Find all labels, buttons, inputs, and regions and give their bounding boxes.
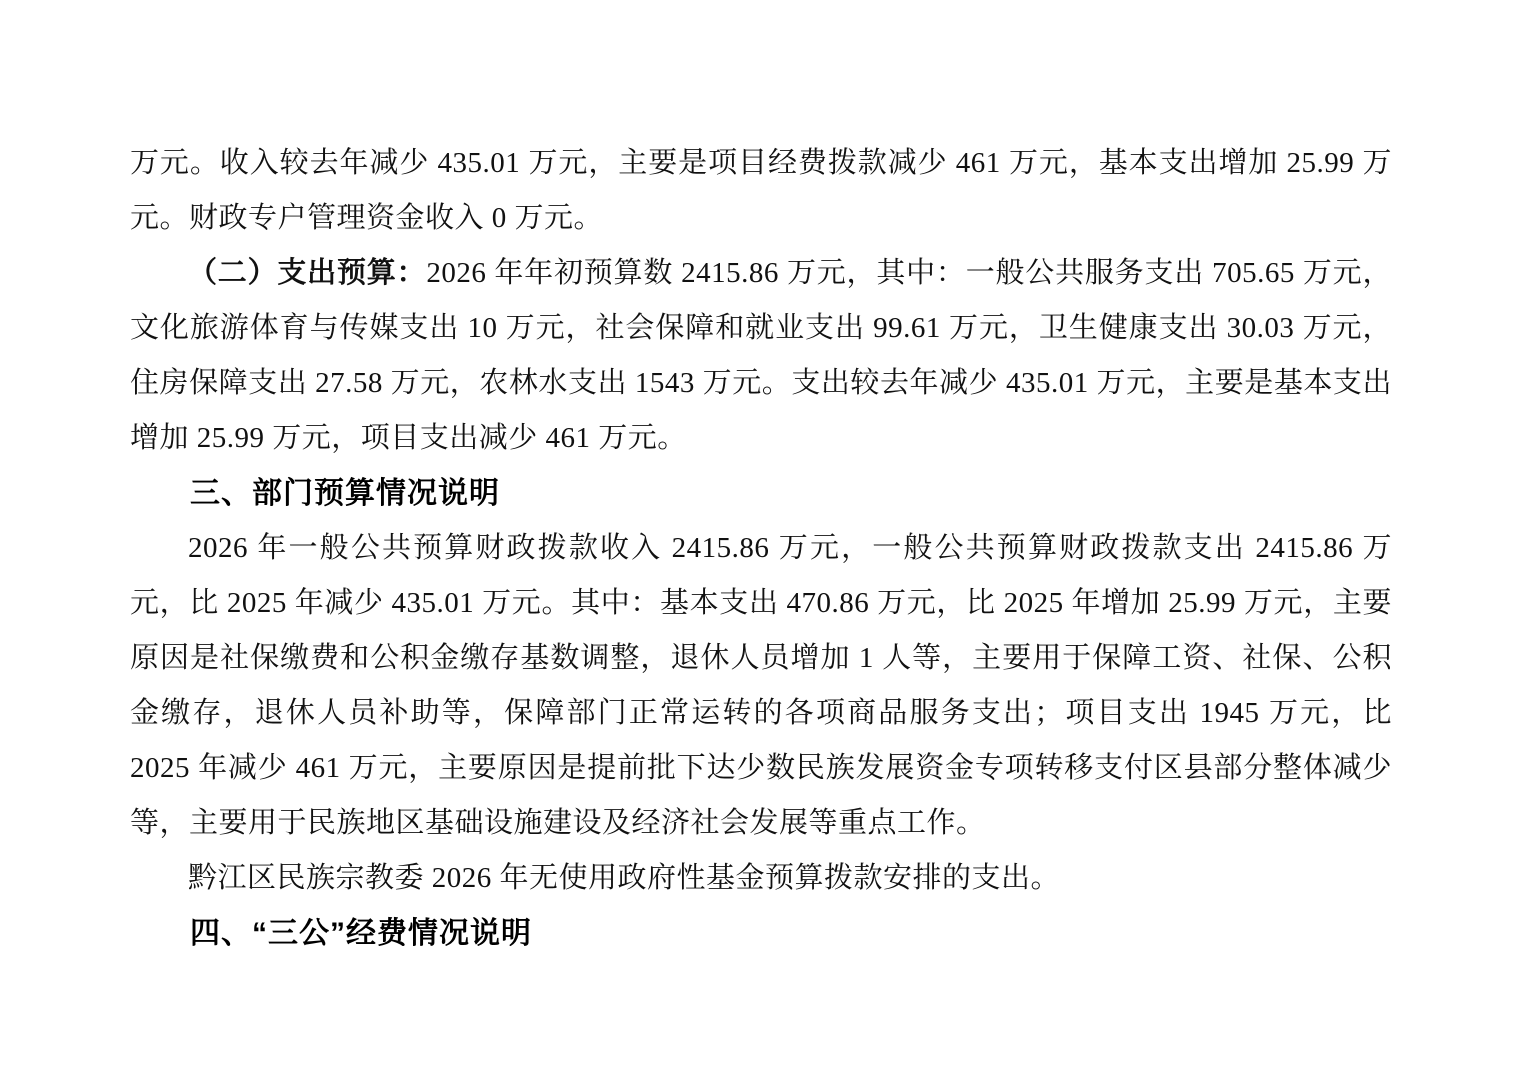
paragraph-income-continuation: 万元。收入较去年减少 435.01 万元，主要是项目经费拨款减少 461 万元，… [130, 136, 1392, 246]
paragraph-expenditure-budget-lead: （二）支出预算： [188, 257, 426, 289]
paragraph-expenditure-budget: （二）支出预算：2026 年年初预算数 2415.86 万元，其中：一般公共服务… [130, 246, 1392, 466]
heading-section-three-budget-explanation: 三、部门预算情况说明 [130, 466, 1392, 521]
document-page: 万元。收入较去年减少 435.01 万元，主要是项目经费拨款减少 461 万元，… [0, 0, 1520, 1074]
paragraph-government-fund-statement: 黔江区民族宗教委 2026 年无使用政府性基金预算拨款安排的支出。 [130, 851, 1392, 906]
heading-section-four-three-public-expenses: 四、“三公”经费情况说明 [130, 906, 1392, 961]
paragraph-general-public-budget-detail: 2026 年一般公共预算财政拨款收入 2415.86 万元，一般公共预算财政拨款… [130, 521, 1392, 851]
document-body: 万元。收入较去年减少 435.01 万元，主要是项目经费拨款减少 461 万元，… [130, 136, 1392, 961]
